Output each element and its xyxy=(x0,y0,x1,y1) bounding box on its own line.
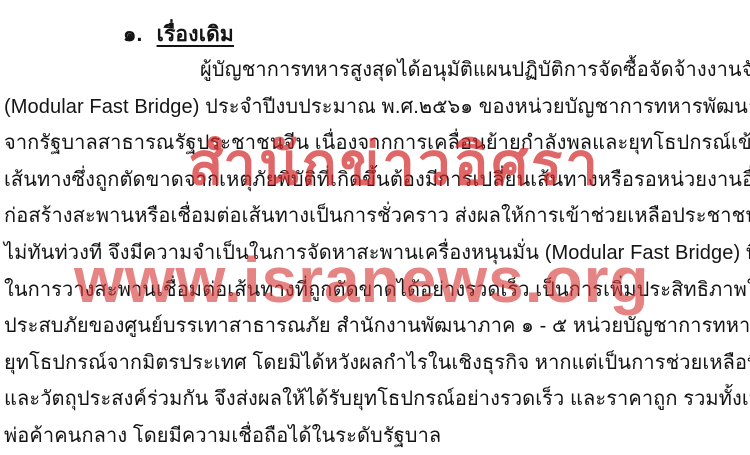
paragraph-line: พ่อค้าคนกลาง โดยมีความเชื่อถือได้ในระดับ… xyxy=(4,418,748,455)
paragraph-line: และวัตถุประสงค์ร่วมกัน จึงส่งผลให้ได้รับ… xyxy=(4,381,748,418)
document-page: ๑.เรื่องเดิม ผู้บัญชาการทหารสูงสุดได้อนุ… xyxy=(0,0,750,455)
paragraph-line: ผู้บัญชาการทหารสูงสุดได้อนุมัติแผนปฏิบัต… xyxy=(4,52,748,89)
section-title: เรื่องเดิม xyxy=(157,23,234,46)
paragraph-line: ก่อสร้างสะพานหรือเชื่อมต่อเส้นทางเป็นการ… xyxy=(4,198,748,235)
paragraph-line: จากรัฐบาลสาธารณรัฐประชาชนจีน เนื่องจากกา… xyxy=(4,125,748,162)
section-number: ๑. xyxy=(123,23,143,46)
paragraph-line: ประสบภัยของศูนย์บรรเทาสาธารณภัย สำนักงาน… xyxy=(4,308,748,345)
paragraph-line: เส้นทางซึ่งถูกตัดขาดจากเหตุภัยพิบัติที่เ… xyxy=(4,162,748,199)
paragraph-line: ไม่ทันท่วงที จึงมีความจำเป็นในการจัดหาสะ… xyxy=(4,235,748,272)
paragraph-line: ในการวางสะพานเชื่อมต่อเส้นทางที่ถูกตัดขา… xyxy=(4,272,748,309)
section-heading: ๑.เรื่องเดิม xyxy=(123,18,234,51)
paragraph-line: ยุทโธปกรณ์จากมิตรประเทศ โดยมิได้หวังผลกำ… xyxy=(4,345,748,382)
paragraph-body: ผู้บัญชาการทหารสูงสุดได้อนุมัติแผนปฏิบัต… xyxy=(4,52,748,455)
paragraph-line: (Modular Fast Bridge) ประจำปีงบประมาณ พ.… xyxy=(4,89,748,126)
